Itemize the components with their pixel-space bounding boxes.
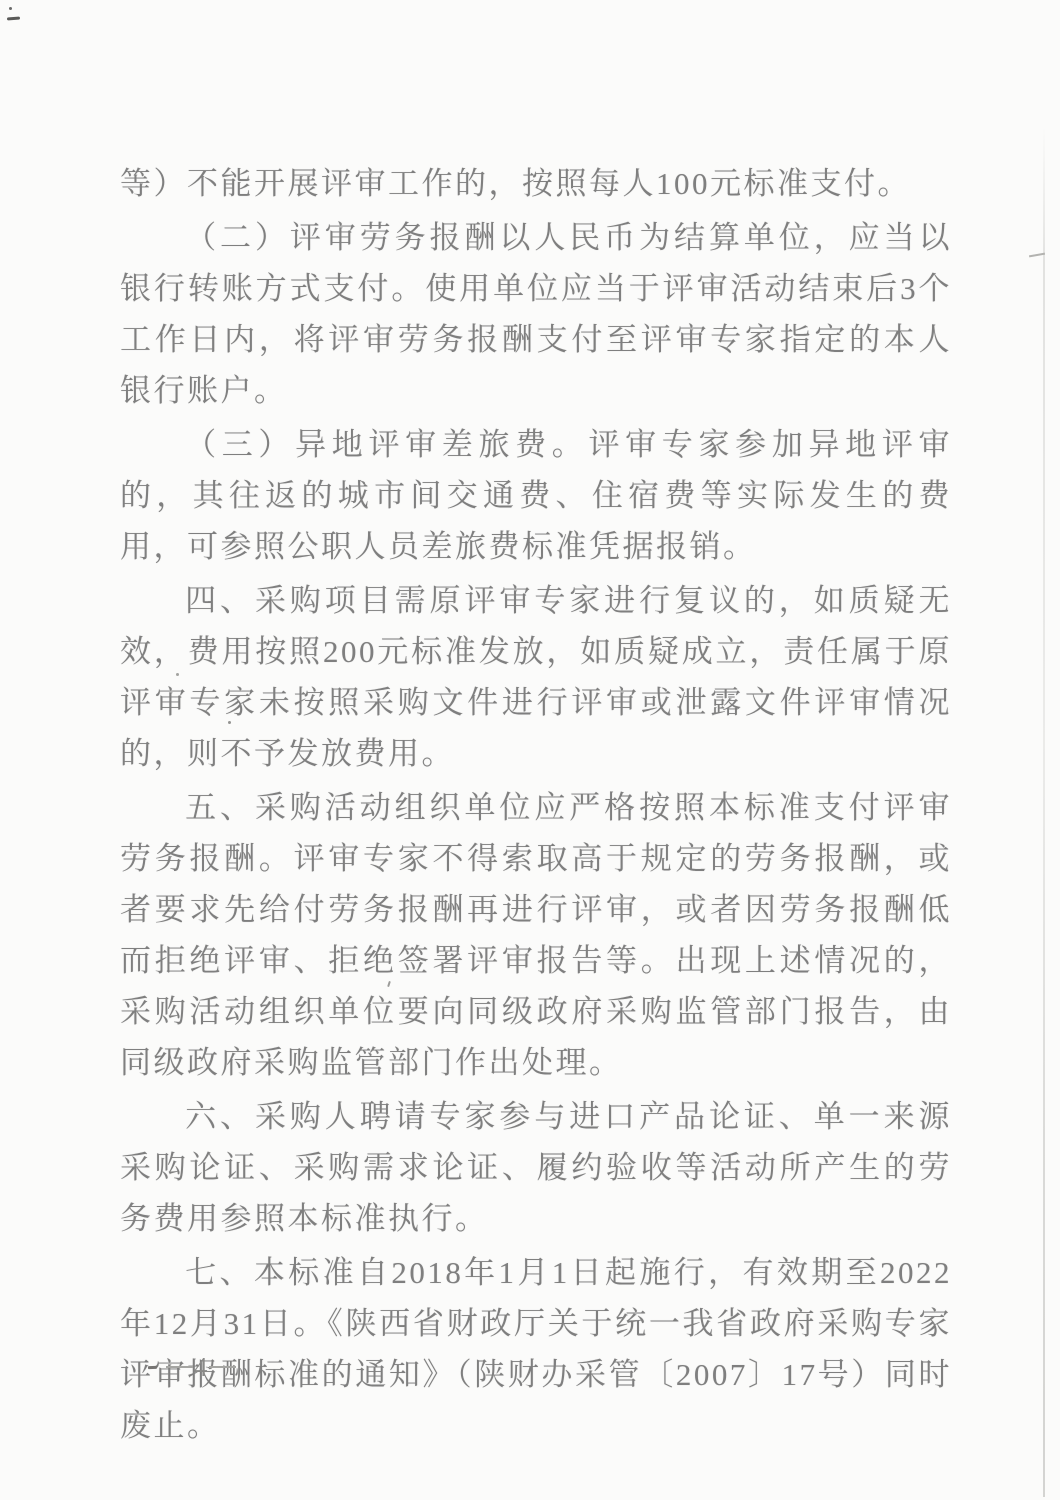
paragraph-item-3: （三）异地评审差旅费。评审专家参加异地评审的，其往返的城市间交通费、住宿费等实际… (120, 419, 952, 572)
scan-artifact-dot (9, 7, 12, 10)
paragraph-article-7: 七、本标准自2018年1月1日起施行，有效期至2022年12月31日。《陕西省财… (120, 1247, 952, 1451)
scan-artifact-dash (7, 17, 20, 21)
paragraph-continuation: 等）不能开展评审工作的，按照每人100元标准支付。 (120, 158, 952, 209)
scan-artifact-edge-line (1043, 127, 1045, 1497)
page-number-right-dash (209, 1366, 236, 1368)
paragraph-item-2: （二）评审劳务报酬以人民币为结算单位，应当以银行转账方式支付。使用单位应当于评审… (120, 212, 952, 416)
page-number: 4 (193, 1354, 209, 1381)
page-number-left-dash (166, 1366, 193, 1368)
page-footer: 4 (148, 1352, 236, 1382)
paragraph-article-6: 六、采购人聘请专家参与进口产品论证、单一来源采购论证、采购需求论证、履约验收等活… (120, 1091, 952, 1244)
scanned-page: 等）不能开展评审工作的，按照每人100元标准支付。 （二）评审劳务报酬以人民币为… (0, 0, 1060, 1500)
paragraph-article-4: 四、采购项目需原评审专家进行复议的，如质疑无效，费用按照200元标准发放，如质疑… (120, 575, 952, 779)
stray-dash-mark (148, 1365, 157, 1368)
paragraph-article-5: 五、采购活动组织单位应严格按照本标准支付评审劳务报酬。评审专家不得索取高于规定的… (120, 782, 952, 1088)
document-body-text: 等）不能开展评审工作的，按照每人100元标准支付。 （二）评审劳务报酬以人民币为… (120, 158, 952, 1454)
